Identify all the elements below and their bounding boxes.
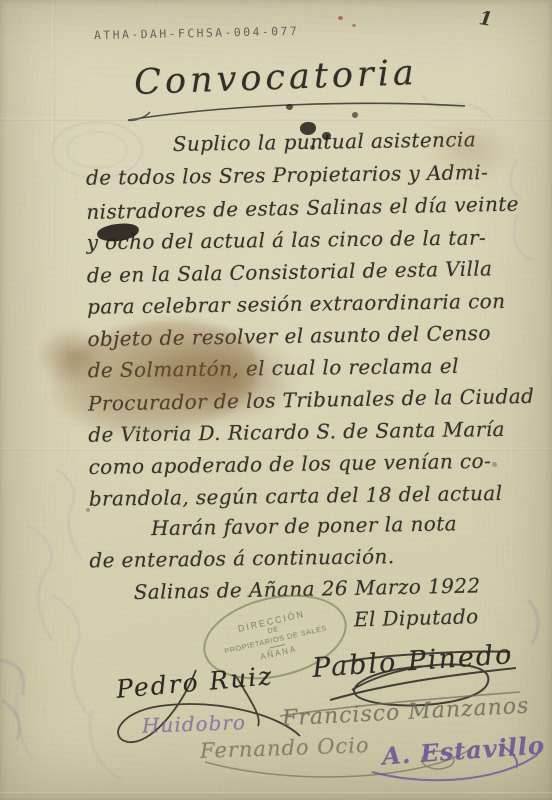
signature-role-label: El Diputado xyxy=(354,604,479,631)
letter-body: Suplico la puntual asistencia de todos l… xyxy=(0,0,552,800)
document-page: ATHA-DAH-FCHSA-004-077 1 Convocatoria xyxy=(0,0,552,800)
handwritten-line: Suplico la puntual asistencia xyxy=(173,127,477,156)
stamp-line: Añana xyxy=(259,644,298,661)
handwritten-line: para celebrar sesión extraordinaria con xyxy=(87,289,506,319)
handwritten-line: de enterados á continuación. xyxy=(89,544,394,572)
handwritten-line: de todos los Sres Propietarios y Admi- xyxy=(86,160,489,190)
handwritten-line: Harán favor de poner la nota xyxy=(151,511,457,540)
handwritten-line: de Solmantón, el cual lo reclama el xyxy=(88,354,459,383)
handwritten-line: objeto de resolver el asunto del Censo xyxy=(87,321,491,351)
handwritten-line: de Vitoria D. Ricardo S. de Santa María xyxy=(88,417,505,447)
handwritten-line: y ocho del actual á las cinco de la tar- xyxy=(86,225,486,254)
signature-huidobro: Huidobro xyxy=(142,710,247,738)
handwritten-line: de en la Sala Consistorial de esta Villa xyxy=(87,256,493,287)
handwritten-line: Procurador de los Tribunales de la Ciuda… xyxy=(88,384,535,416)
handwritten-line: nistradores de estas Salinas el día vein… xyxy=(86,192,519,224)
handwritten-line: brandola, según carta del 18 del actual xyxy=(89,481,503,511)
handwritten-line: como apoderado de los que venían co- xyxy=(88,449,491,479)
